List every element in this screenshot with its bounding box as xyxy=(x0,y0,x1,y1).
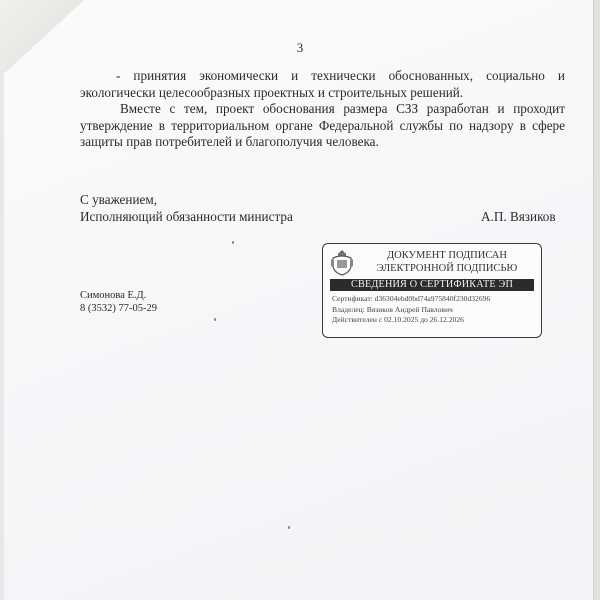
certificate-header-bar: СВЕДЕНИЯ О СЕРТИФИКАТЕ ЭП xyxy=(330,279,534,291)
certificate-validity: Действителен с 02.10.2025 до 26.12.2026 xyxy=(332,315,490,326)
scan-speck xyxy=(214,318,216,321)
certificate-owner: Владелец: Вязиков Андрей Павлович xyxy=(332,305,490,316)
paragraph-szz: Вместе с тем, проект обоснования размера… xyxy=(80,101,565,151)
stamp-title: ДОКУМЕНТ ПОДПИСАН ЭЛЕКТРОННОЙ ПОДПИСЬЮ xyxy=(357,250,537,275)
certificate-details: Сертификат: d36304ebd0bd74a975840f230d32… xyxy=(332,294,490,326)
salutation: С уважением, xyxy=(80,192,293,209)
stamp-title-line1: ДОКУМЕНТ ПОДПИСАН xyxy=(357,250,537,263)
signer-position: Исполняющий обязанности министра xyxy=(80,209,293,226)
certificate-number: Сертификат: d36304ebd0bd74a975840f230d32… xyxy=(332,294,490,305)
contact-name: Симонова Е.Д. xyxy=(80,289,157,302)
scan-speck xyxy=(288,526,290,529)
page-number: 3 xyxy=(0,40,600,56)
stamp-title-line2: ЭЛЕКТРОННОЙ ПОДПИСЬЮ xyxy=(357,263,537,276)
contact-block: Симонова Е.Д. 8 (3532) 77-05-29 xyxy=(80,289,157,315)
letter-body: - принятия экономически и технически обо… xyxy=(80,68,565,151)
page-edge xyxy=(593,0,600,600)
coat-of-arms-icon xyxy=(331,250,353,276)
closing-block: С уважением, Исполняющий обязанности мин… xyxy=(80,192,293,225)
scan-speck xyxy=(232,241,234,244)
contact-phone: 8 (3532) 77-05-29 xyxy=(80,302,157,315)
electronic-signature-stamp: ДОКУМЕНТ ПОДПИСАН ЭЛЕКТРОННОЙ ПОДПИСЬЮ С… xyxy=(322,243,542,338)
paragraph-bullet: - принятия экономически и технически обо… xyxy=(80,68,565,101)
signer-name: А.П. Вязиков xyxy=(481,209,556,225)
